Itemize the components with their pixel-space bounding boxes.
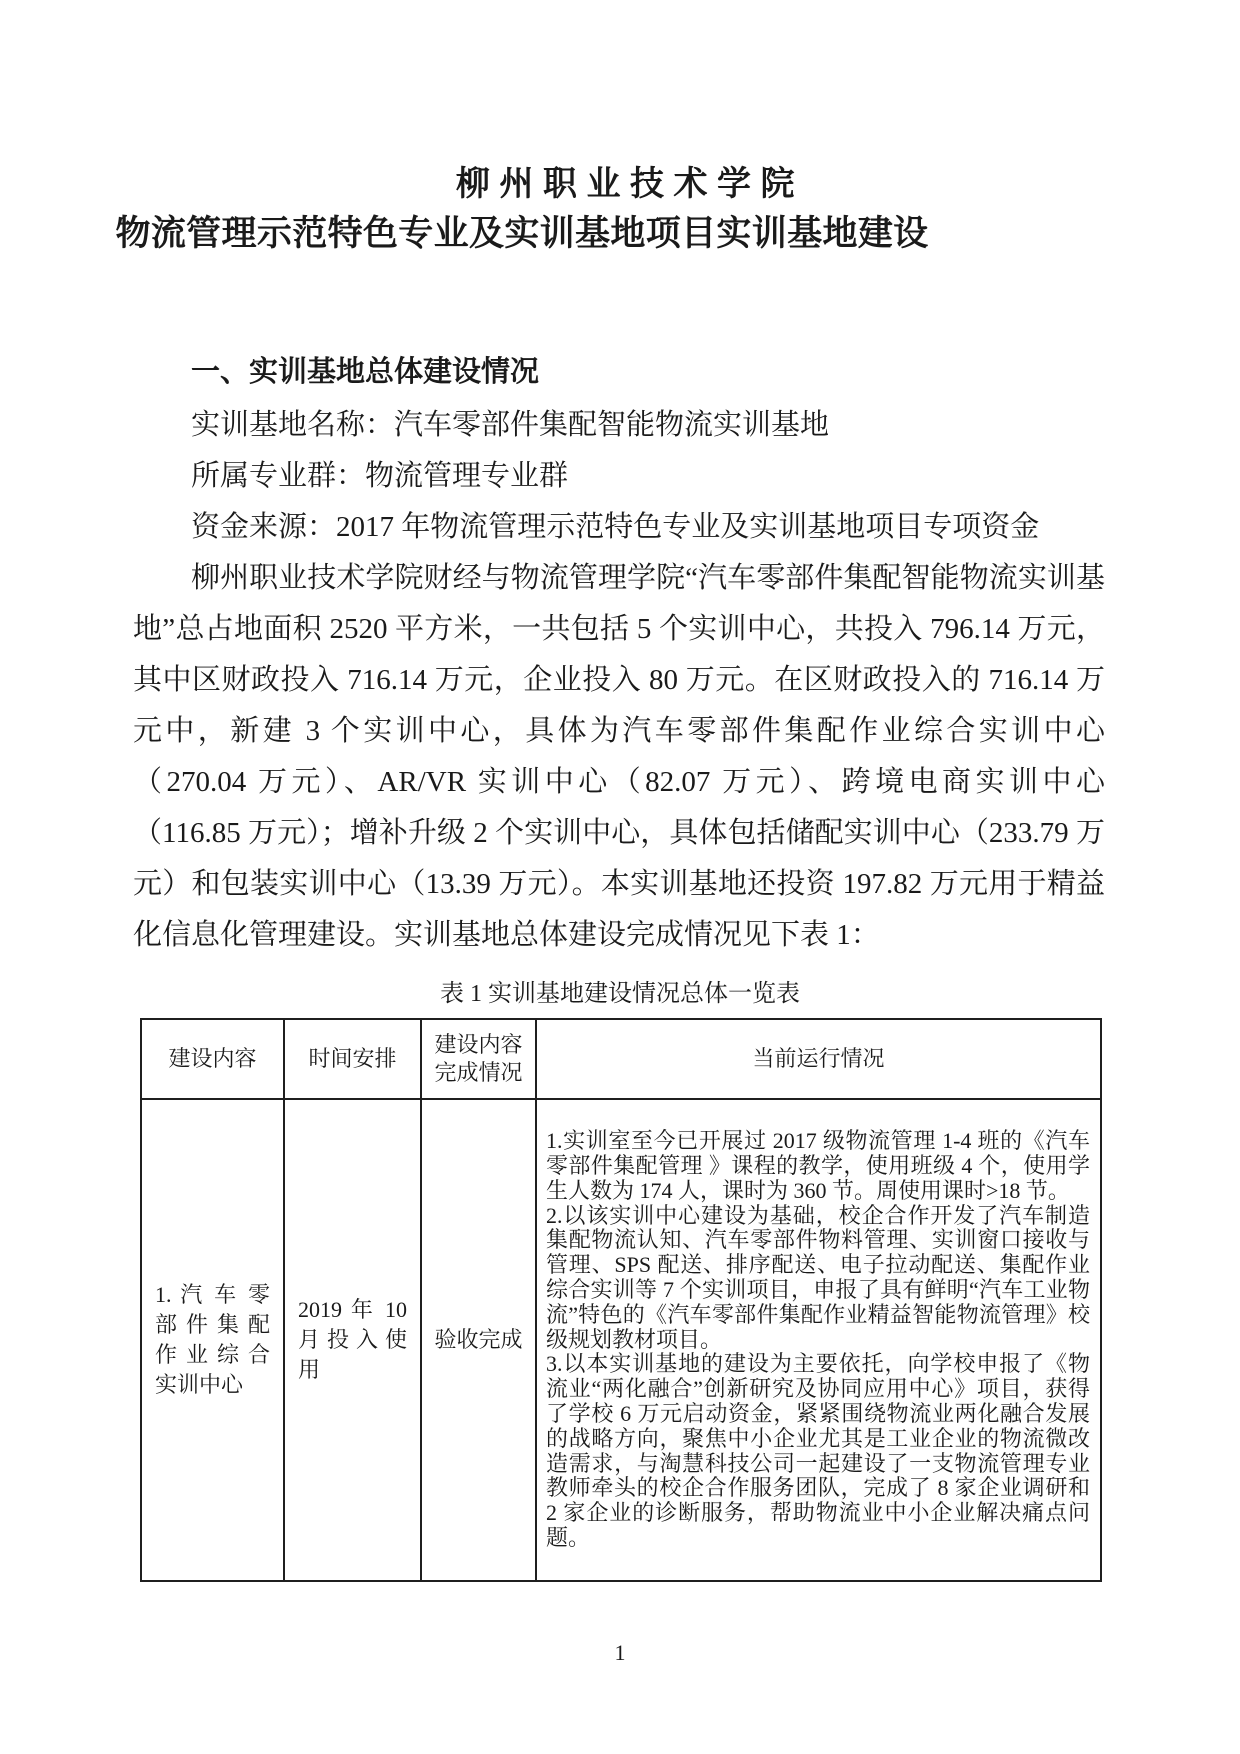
column-header-completion: 建设内容 完成情况 (421, 1019, 536, 1099)
table-row: 1. 汽 车 零 部 件 集 配 作 业 综 合 实训中心 2019 年 10 … (141, 1099, 1101, 1581)
document-page: 柳州职业技术学院 物流管理示范特色专业及实训基地项目实训基地建设 一、实训基地总… (0, 0, 1240, 1754)
info-line-base-name: 实训基地名称：汽车零部件集配智能物流实训基地 (133, 400, 1105, 451)
document-title-line2: 物流管理示范特色专业及实训基地项目实训基地建设 (0, 208, 1142, 260)
page-number: 1 (0, 1638, 1240, 1668)
cell-schedule: 2019 年 10 月投入使用 (284, 1099, 421, 1581)
construction-summary-table: 建设内容 时间安排 建设内容 完成情况 当前运行情况 1. 汽 车 零 部 件 … (140, 1018, 1102, 1582)
cell-current-operation: 1.实训室至今已开展过 2017 级物流管理 1-4 班的《汽车零部件集配管理 … (536, 1099, 1101, 1581)
info-line-funding-source: 资金来源：2017 年物流管理示范特色专业及实训基地项目专项资金 (133, 502, 1105, 553)
cell-completion-status: 验收完成 (421, 1099, 536, 1581)
column-header-status: 当前运行情况 (536, 1019, 1101, 1099)
section-heading: 一、实训基地总体建设情况 (133, 352, 1105, 392)
table-caption: 表 1 实训基地建设情况总体一览表 (0, 974, 1240, 1014)
document-title-line1: 柳州职业技术学院 (10, 160, 1240, 208)
column-header-construction: 建设内容 (141, 1019, 284, 1099)
document-body: 一、实训基地总体建设情况 实训基地名称：汽车零部件集配智能物流实训基地 所属专业… (133, 352, 1105, 961)
column-header-schedule: 时间安排 (284, 1019, 421, 1099)
info-block: 实训基地名称：汽车零部件集配智能物流实训基地 所属专业群：物流管理专业群 资金来… (133, 400, 1105, 553)
overview-paragraph: 柳州职业技术学院财经与物流管理学院“汽车零部件集配智能物流实训基地”总占地面积 … (133, 553, 1105, 961)
info-line-major-group: 所属专业群：物流管理专业群 (133, 451, 1105, 502)
table-header-row: 建设内容 时间安排 建设内容 完成情况 当前运行情况 (141, 1019, 1101, 1099)
cell-construction-content: 1. 汽 车 零 部 件 集 配 作 业 综 合 实训中心 (141, 1099, 284, 1581)
